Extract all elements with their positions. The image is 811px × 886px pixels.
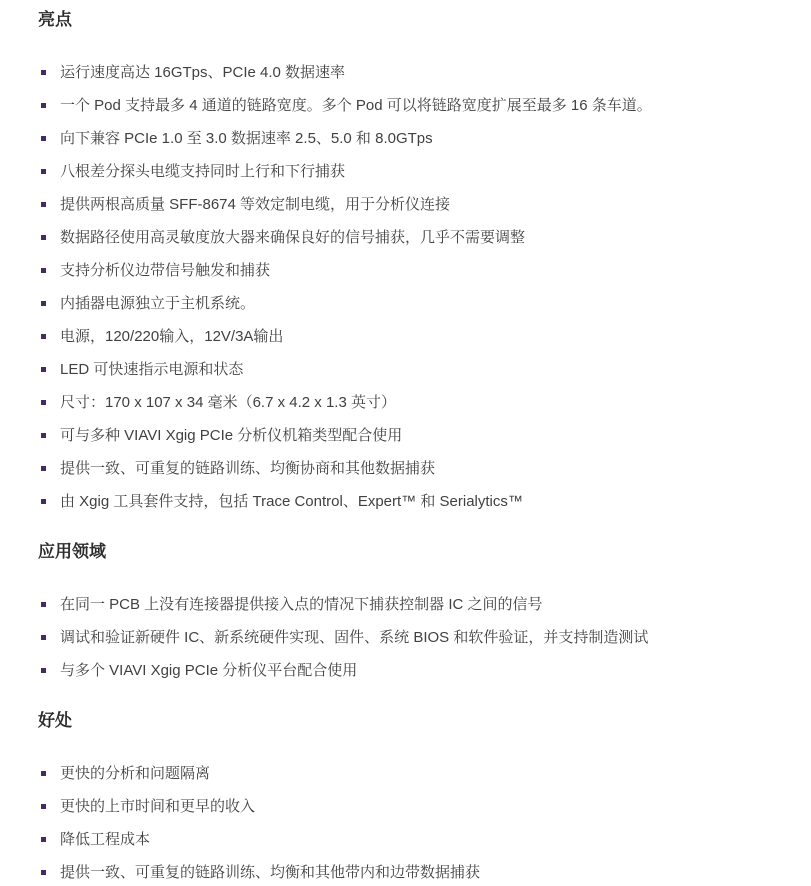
bullet-square-icon [41, 70, 46, 75]
bullet-square-icon [41, 870, 46, 875]
section-title-applications: 应用领域 [38, 540, 773, 564]
list-item: 数据路径使用高灵敏度放大器来确保良好的信号捕获，几乎不需要调整 [38, 227, 773, 248]
bullet-square-icon [41, 837, 46, 842]
list-item-text: 运行速度高达 16GTps、PCIe 4.0 数据速率 [60, 64, 345, 81]
bullet-square-icon [41, 668, 46, 673]
list-item: 向下兼容 PCIe 1.0 至 3.0 数据速率 2.5、5.0 和 8.0GT… [38, 128, 773, 149]
list-item-text: 由 Xgig 工具套件支持，包括 Trace Control、Expert™ 和… [60, 493, 523, 510]
section-title-highlights: 亮点 [38, 8, 773, 32]
list-item-text: 尺寸：170 x 107 x 34 毫米（6.7 x 4.2 x 1.3 英寸） [60, 394, 396, 411]
list-item-text: 提供一致、可重复的链路训练、均衡和其他带内和边带数据捕获 [60, 864, 480, 881]
bullet-square-icon [41, 635, 46, 640]
list-item-text: 提供两根高质量 SFF-8674 等效定制电缆，用于分析仪连接 [60, 196, 450, 213]
bullet-square-icon [41, 169, 46, 174]
bullet-square-icon [41, 136, 46, 141]
list-item: 内插器电源独立于主机系统。 [38, 293, 773, 314]
list-item-text: 与多个 VIAVI Xgig PCIe 分析仪平台配合使用 [60, 662, 357, 679]
content-area: 亮点 运行速度高达 16GTps、PCIe 4.0 数据速率 一个 Pod 支持… [38, 8, 773, 883]
bullet-square-icon [41, 804, 46, 809]
list-item: 调试和验证新硬件 IC、新系统硬件实现、固件、系统 BIOS 和软件验证，并支持… [38, 627, 773, 648]
list-item: 可与多种 VIAVI Xgig PCIe 分析仪机箱类型配合使用 [38, 425, 773, 446]
bullet-square-icon [41, 334, 46, 339]
bullet-square-icon [41, 202, 46, 207]
list-item-text: 电源，120/220输入，12V/3A输出 [60, 328, 283, 345]
list-item: 八根差分探头电缆支持同时上行和下行捕获 [38, 161, 773, 182]
list-item-text: 支持分析仪边带信号触发和捕获 [60, 262, 270, 279]
benefits-list: 更快的分析和问题隔离 更快的上市时间和更早的收入 降低工程成本 提供一致、可重复… [38, 763, 773, 883]
list-item-text: 数据路径使用高灵敏度放大器来确保良好的信号捕获，几乎不需要调整 [60, 229, 525, 246]
list-item: 尺寸：170 x 107 x 34 毫米（6.7 x 4.2 x 1.3 英寸） [38, 392, 773, 413]
bullet-square-icon [41, 400, 46, 405]
list-item-text: 内插器电源独立于主机系统。 [60, 295, 255, 312]
list-item-text: 提供一致、可重复的链路训练、均衡协商和其他数据捕获 [60, 460, 435, 477]
list-item-text: 更快的上市时间和更早的收入 [60, 798, 255, 815]
list-item: 提供一致、可重复的链路训练、均衡和其他带内和边带数据捕获 [38, 862, 773, 883]
bullet-square-icon [41, 367, 46, 372]
bullet-square-icon [41, 602, 46, 607]
list-item-text: 八根差分探头电缆支持同时上行和下行捕获 [60, 163, 345, 180]
highlights-list: 运行速度高达 16GTps、PCIe 4.0 数据速率 一个 Pod 支持最多 … [38, 62, 773, 512]
list-item: 在同一 PCB 上没有连接器提供接入点的情况下捕获控制器 IC 之间的信号 [38, 594, 773, 615]
list-item-text: 可与多种 VIAVI Xgig PCIe 分析仪机箱类型配合使用 [60, 427, 402, 444]
bullet-square-icon [41, 499, 46, 504]
list-item-text: 在同一 PCB 上没有连接器提供接入点的情况下捕获控制器 IC 之间的信号 [60, 596, 543, 613]
list-item: 运行速度高达 16GTps、PCIe 4.0 数据速率 [38, 62, 773, 83]
bullet-square-icon [41, 466, 46, 471]
list-item-text: 降低工程成本 [60, 831, 150, 848]
list-item-text: 一个 Pod 支持最多 4 通道的链路宽度。多个 Pod 可以将链路宽度扩展至最… [60, 97, 652, 114]
bullet-square-icon [41, 433, 46, 438]
section-title-benefits: 好处 [38, 709, 773, 733]
list-item: 降低工程成本 [38, 829, 773, 850]
list-item: 由 Xgig 工具套件支持，包括 Trace Control、Expert™ 和… [38, 491, 773, 512]
list-item-text: 调试和验证新硬件 IC、新系统硬件实现、固件、系统 BIOS 和软件验证，并支持… [60, 629, 648, 646]
list-item: 更快的上市时间和更早的收入 [38, 796, 773, 817]
bullet-square-icon [41, 301, 46, 306]
list-item-text: 更快的分析和问题隔离 [60, 765, 210, 782]
list-item: 提供一致、可重复的链路训练、均衡协商和其他数据捕获 [38, 458, 773, 479]
list-item: LED 可快速指示电源和状态 [38, 359, 773, 380]
list-item: 电源，120/220输入，12V/3A输出 [38, 326, 773, 347]
bullet-square-icon [41, 268, 46, 273]
applications-list: 在同一 PCB 上没有连接器提供接入点的情况下捕获控制器 IC 之间的信号 调试… [38, 594, 773, 681]
list-item: 与多个 VIAVI Xgig PCIe 分析仪平台配合使用 [38, 660, 773, 681]
list-item: 支持分析仪边带信号触发和捕获 [38, 260, 773, 281]
bullet-square-icon [41, 103, 46, 108]
list-item: 一个 Pod 支持最多 4 通道的链路宽度。多个 Pod 可以将链路宽度扩展至最… [38, 95, 773, 116]
list-item: 提供两根高质量 SFF-8674 等效定制电缆，用于分析仪连接 [38, 194, 773, 215]
list-item: 更快的分析和问题隔离 [38, 763, 773, 784]
bullet-square-icon [41, 771, 46, 776]
list-item-text: LED 可快速指示电源和状态 [60, 361, 243, 378]
list-item-text: 向下兼容 PCIe 1.0 至 3.0 数据速率 2.5、5.0 和 8.0GT… [60, 130, 433, 147]
bullet-square-icon [41, 235, 46, 240]
